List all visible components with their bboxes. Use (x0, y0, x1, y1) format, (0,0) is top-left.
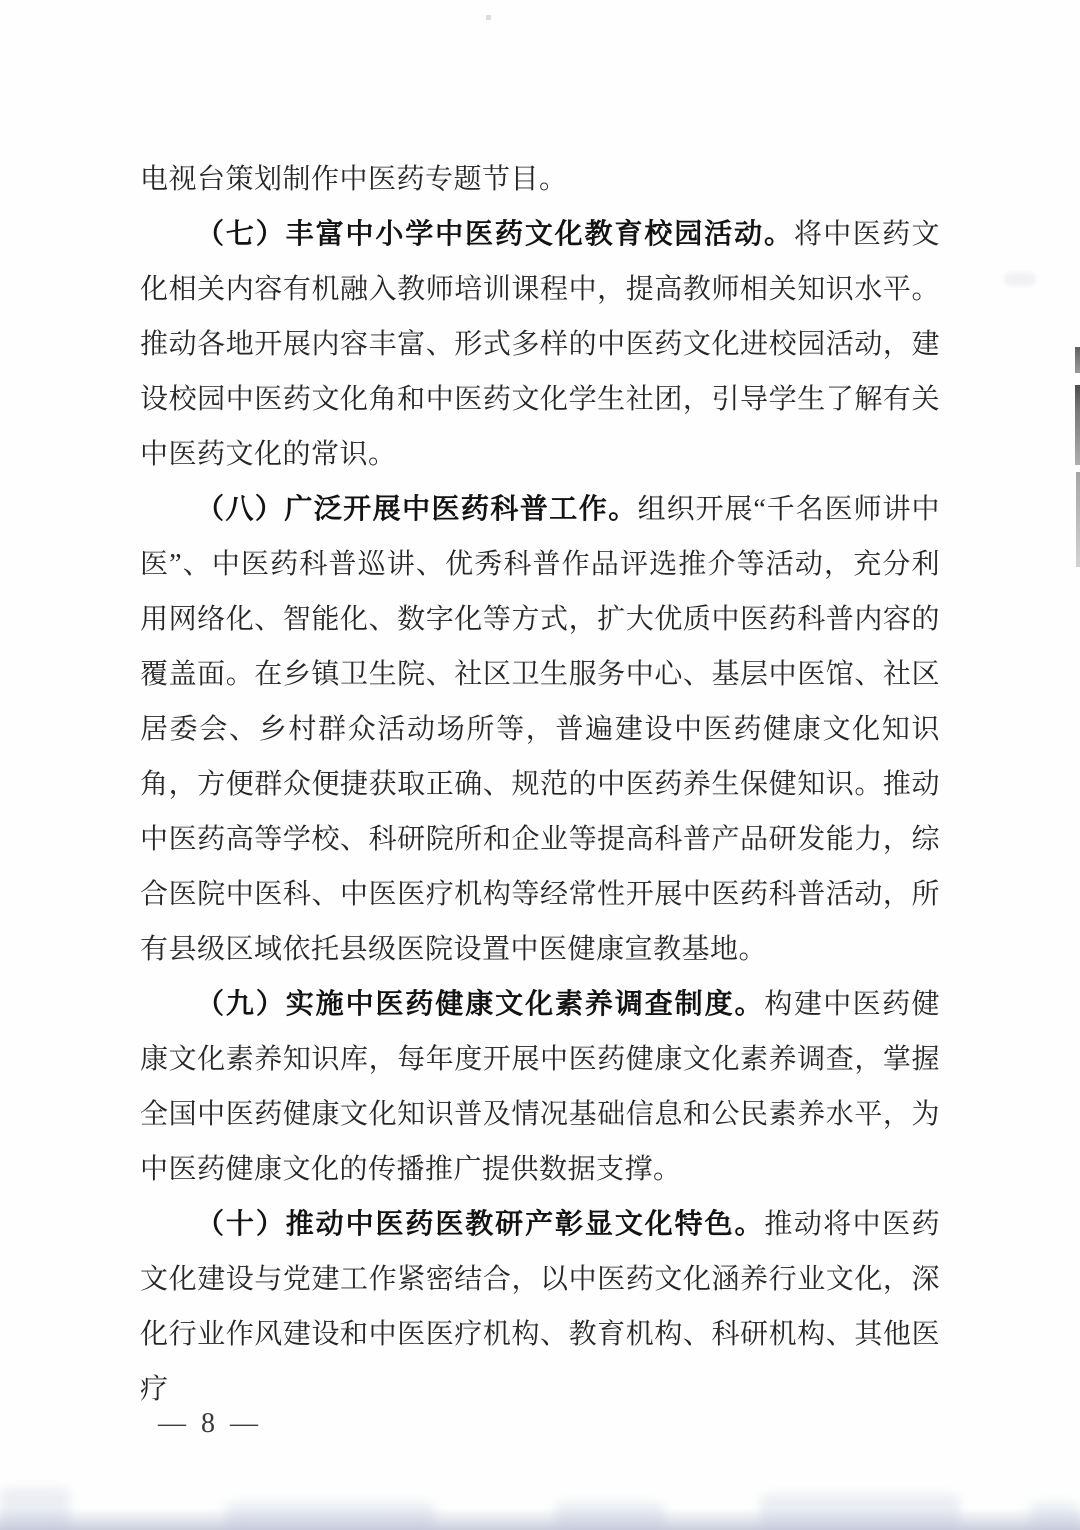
paragraph-continuation: 电视台策划制作中医药专题节目。 (140, 152, 940, 207)
paragraph-section-7: （七）丰富中小学中医药文化教育校园活动。将中医药文化相关内容有机融入教师培训课程… (140, 207, 940, 482)
page-number: — 8 — (158, 1408, 262, 1440)
paragraph-section-10: （十）推动中医药医教研产彰显文化特色。推动将中医药文化建设与党建工作紧密结合，以… (140, 1197, 940, 1417)
document-body: 电视台策划制作中医药专题节目。 （七）丰富中小学中医药文化教育校园活动。将中医药… (140, 152, 940, 1417)
paragraph-text: 电视台策划制作中医药专题节目。 (140, 164, 568, 195)
scan-edge-fragment (1075, 385, 1080, 465)
section-heading-7: （七）丰富中小学中医药文化教育校园活动。 (196, 219, 794, 250)
paragraph-section-9: （九）实施中医药健康文化素养调查制度。构建中医药健康文化素养知识库，每年度开展中… (140, 977, 940, 1197)
scan-edge-fragment (1076, 472, 1080, 567)
next-page-shadow (0, 1508, 1080, 1530)
paragraph-text: 将中医药文化相关内容有机融入教师培训课程中，提高教师相关知识水平。推动各地开展内… (140, 219, 940, 470)
section-heading-8: （八）广泛开展中医药科普工作。 (196, 494, 638, 525)
paragraph-text: 组织开展“千名医师讲中医”、中医药科普巡讲、优秀科普作品评选推介等活动，充分利用… (140, 494, 940, 965)
scan-speck-artifact (486, 15, 491, 20)
paragraph-section-8: （八）广泛开展中医药科普工作。组织开展“千名医师讲中医”、中医药科普巡讲、优秀科… (140, 482, 940, 977)
section-heading-10: （十）推动中医药医教研产彰显文化特色。 (196, 1209, 764, 1240)
scan-edge-fragment (1075, 347, 1080, 373)
scanned-document-page: 电视台策划制作中医药专题节目。 （七）丰富中小学中医药文化教育校园活动。将中医药… (0, 0, 1080, 1530)
scan-smudge-artifact (1004, 272, 1036, 286)
section-heading-9: （九）实施中医药健康文化素养调查制度。 (196, 989, 764, 1020)
